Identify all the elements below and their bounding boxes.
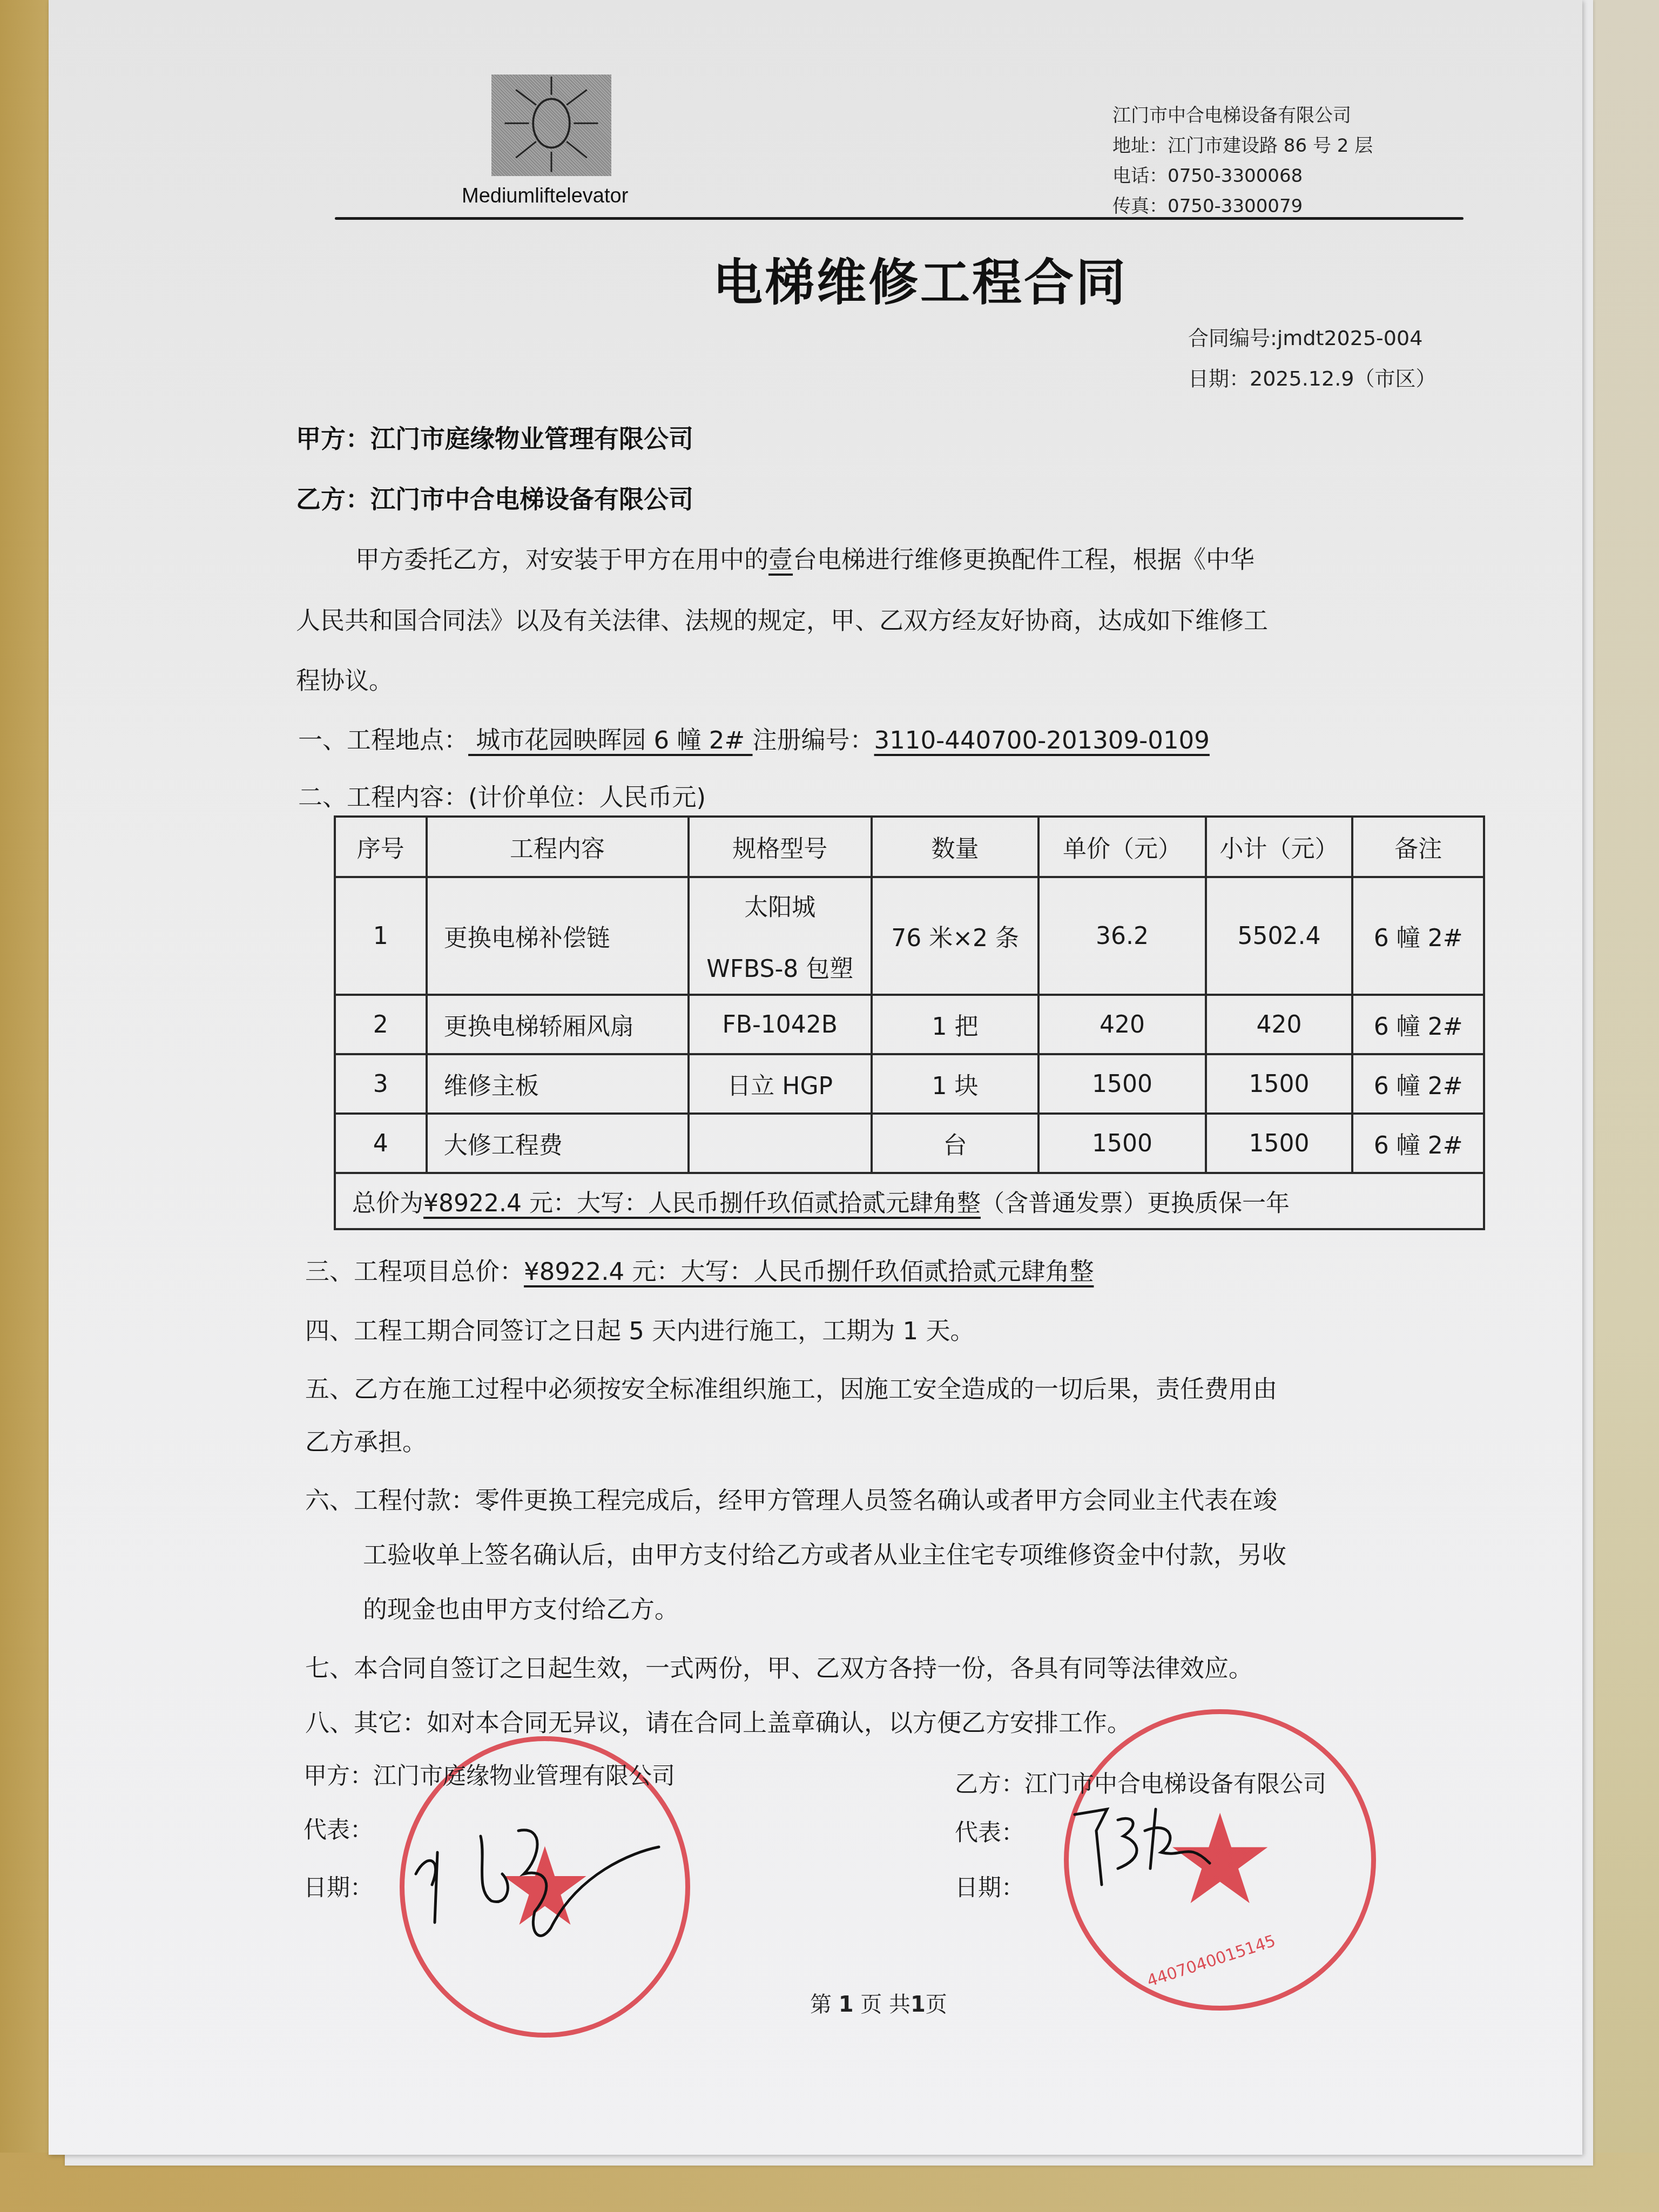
col-note: 备注: [1352, 817, 1484, 877]
total-amount: ¥8922.4 元：大写：人民币捌仟玖佰贰拾贰元肆角整: [423, 1190, 981, 1217]
sun-logo-icon: [491, 75, 611, 176]
sun-icon: [491, 75, 611, 176]
intro-line-2: 人民共和国合同法》以及有关法律、法规的规定，甲、乙双方经友好协商，达成如下维修工: [296, 601, 1268, 636]
table-total-row: 总价为¥8922.4 元：大写：人民币捌仟玖佰贰拾贰元肆角整（含普通发票）更换质…: [335, 1173, 1484, 1229]
seal-number: 4407040015145: [1145, 1932, 1278, 1991]
intro-line-1: 甲方委托乙方，对安装于甲方在用中的壹台电梯进行维修更换配件工程，根据《中华: [355, 540, 1255, 575]
section-4-schedule: 四、工程工期合同签订之日起 5 天内进行施工，工期为 1 天。: [305, 1311, 974, 1346]
company-address: 地址：江门市建设路 86 号 2 层: [1112, 131, 1373, 161]
intro-line-3: 程协议。: [296, 661, 393, 696]
company-name: 江门市中合电梯设备有限公司: [1112, 100, 1373, 131]
table-row: 1 更换电梯补偿链 太阳城 WFBS-8 包塑 76 米×2 条 36.2 55…: [335, 877, 1484, 995]
elevator-count: 壹: [768, 545, 793, 574]
col-qty: 数量: [872, 817, 1038, 877]
section-6-line-3: 的现金也由甲方支付给乙方。: [363, 1590, 679, 1625]
section-1-location: 一、工程地点： 城市花园映晖园 6 幢 2# 注册编号：3110-440700-…: [298, 720, 1210, 756]
project-location: 城市花园映晖园 6 幢 2#: [468, 726, 753, 754]
party-b: 乙方：江门市中合电梯设备有限公司: [296, 480, 693, 515]
table-row: 2 更换电梯轿厢风扇 FB-1042B 1 把 420 420 6 幢 2#: [335, 995, 1484, 1054]
document-title: 电梯维修工程合同: [713, 243, 1128, 314]
contract-number: 合同编号:jmdt2025-004: [1188, 321, 1422, 351]
col-unit-price: 单价（元）: [1038, 817, 1206, 877]
company-info: 江门市中合电梯设备有限公司 地址：江门市建设路 86 号 2 层 电话：0750…: [1112, 100, 1373, 221]
page-number: 第 1 页 共1页: [810, 1987, 947, 2018]
handwritten-signature-b: [1064, 1798, 1226, 1896]
table-row: 4 大修工程费 台 1500 1500 6 幢 2#: [335, 1114, 1484, 1173]
table-header-row: 序号 工程内容 规格型号 数量 单价（元） 小计（元） 备注: [335, 817, 1484, 877]
signature-a-date-label: 日期：: [304, 1870, 373, 1903]
signature-b-rep-label: 代表：: [955, 1815, 1024, 1847]
table-row: 3 维修主板 日立 HGP 1 块 1500 1500 6 幢 2#: [335, 1054, 1484, 1114]
section-6-line-2: 工验收单上签名确认后，由甲方支付给乙方或者从业主住宅专项维修资金中付款，另收: [363, 1535, 1286, 1570]
section-3-total: 三、工程项目总价：¥8922.4 元：大写：人民币捌仟玖佰贰拾贰元肆角整: [305, 1252, 1094, 1287]
col-spec: 规格型号: [689, 817, 872, 877]
work-items-table: 序号 工程内容 规格型号 数量 单价（元） 小计（元） 备注 1 更换电梯补偿链…: [334, 815, 1485, 1230]
section-7-validity: 七、本合同自签订之日起生效，一式两份，甲、乙双方各持一份，各具有同等法律效应。: [305, 1649, 1253, 1684]
section-6-line-1: 六、工程付款：零件更换工程完成后，经甲方管理人员签名确认或者甲方会同业主代表在竣: [305, 1481, 1277, 1516]
section-5-line-2: 乙方承担。: [305, 1422, 427, 1458]
signature-b-party: 乙方：江门市中合电梯设备有限公司: [955, 1766, 1326, 1799]
project-total-value: ¥8922.4 元：大写：人民币捌仟玖佰贰拾贰元肆角整: [524, 1257, 1094, 1286]
registration-number: 3110-440700-201309-0109: [874, 726, 1210, 754]
signature-a-rep-label: 代表：: [304, 1812, 373, 1845]
party-a: 甲方：江门市庭缘物业管理有限公司: [296, 419, 693, 455]
signature-a-party: 甲方：江门市庭缘物业管理有限公司: [304, 1758, 675, 1791]
signature-b-date-label: 日期：: [955, 1870, 1024, 1903]
desk-background-right: [1589, 0, 1659, 2212]
section-2-label: 二、工程内容：(计价单位：人民币元): [298, 778, 706, 813]
logo-label: Mediumliftelevator: [462, 185, 628, 208]
handwritten-signature-a: [405, 1793, 707, 1977]
col-subtotal: 小计（元）: [1206, 817, 1353, 877]
col-item: 工程内容: [427, 817, 689, 877]
contract-page: Mediumliftelevator 江门市中合电梯设备有限公司 地址：江门市建…: [49, 0, 1582, 2155]
contract-date: 日期：2025.12.9（市区）: [1188, 362, 1436, 392]
section-8-other: 八、其它：如对本合同无异议，请在合同上盖章确认，以方便乙方安排工作。: [305, 1703, 1131, 1738]
header-divider: [335, 217, 1464, 220]
col-no: 序号: [335, 817, 427, 877]
section-5-line-1: 五、乙方在施工过程中必须按安全标准组织施工，因施工安全造成的一切后果，责任费用由: [305, 1370, 1277, 1405]
company-phone: 电话：0750-3300068: [1112, 161, 1373, 191]
